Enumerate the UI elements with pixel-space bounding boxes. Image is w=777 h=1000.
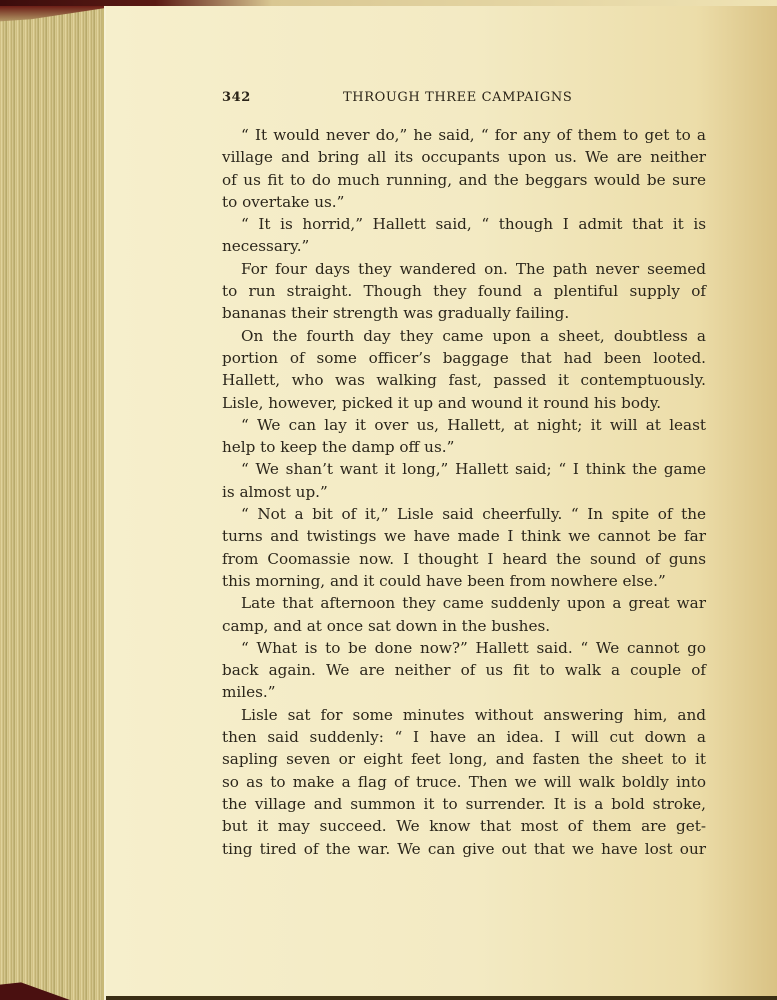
page-number: 342: [222, 90, 251, 105]
text-line: miles.”: [222, 681, 706, 703]
text-line: the village and summon it to surrender. …: [222, 793, 706, 815]
text-line: portion of some officer’s baggage that h…: [222, 347, 706, 369]
text-line: necessary.”: [222, 235, 706, 257]
running-title: THROUGH THREE CAMPAIGNS: [343, 90, 572, 105]
text-line: bananas their strength was gradually fai…: [222, 302, 706, 324]
text-line: Hallett, who was walking fast, passed it…: [222, 369, 706, 391]
page-body-text: “ It would never do,” he said, “ for any…: [222, 124, 706, 860]
text-line: “ What is to be done now?” Hallett said.…: [222, 637, 706, 659]
text-line: “ It is horrid,” Hallett said, “ though …: [222, 213, 706, 235]
page-stack-edges: [0, 6, 106, 1000]
text-line: “ Not a bit of it,” Lisle said cheerfull…: [222, 503, 706, 525]
text-line: village and bring all its occupants upon…: [222, 146, 706, 168]
text-line: of us fit to do much running, and the be…: [222, 169, 706, 191]
text-line: is almost up.”: [222, 481, 706, 503]
text-line: then said suddenly: “ I have an idea. I …: [222, 726, 706, 748]
page-bottom-edge: [106, 996, 777, 1000]
text-line: camp, and at once sat down in the bushes…: [222, 615, 706, 637]
text-line: back again. We are neither of us fit to …: [222, 659, 706, 681]
text-line: ting tired of the war. We can give out t…: [222, 838, 706, 860]
text-line: but it may succeed. We know that most of…: [222, 815, 706, 837]
text-line: Late that afternoon they came suddenly u…: [222, 592, 706, 614]
text-line: For four days they wandered on. The path…: [222, 258, 706, 280]
text-line: sapling seven or eight feet long, and fa…: [222, 748, 706, 770]
text-line: “ We can lay it over us, Hallett, at nig…: [222, 414, 706, 436]
text-line: from Coomassie now. I thought I heard th…: [222, 548, 706, 570]
text-line: to overtake us.”: [222, 191, 706, 213]
text-line: “ It would never do,” he said, “ for any…: [222, 124, 706, 146]
text-line: “ We shan’t want it long,” Hallett said;…: [222, 458, 706, 480]
text-line: to run straight. Though they found a ple…: [222, 280, 706, 302]
text-line: help to keep the damp off us.”: [222, 436, 706, 458]
text-line: On the fourth day they came upon a sheet…: [222, 325, 706, 347]
text-line: turns and twistings we have made I think…: [222, 525, 706, 547]
text-line: Lisle, however, picked it up and wound i…: [222, 392, 706, 414]
text-line: Lisle sat for some minutes without answe…: [222, 704, 706, 726]
text-line: this morning, and it could have been fro…: [222, 570, 706, 592]
text-line: so as to make a flag of truce. Then we w…: [222, 771, 706, 793]
